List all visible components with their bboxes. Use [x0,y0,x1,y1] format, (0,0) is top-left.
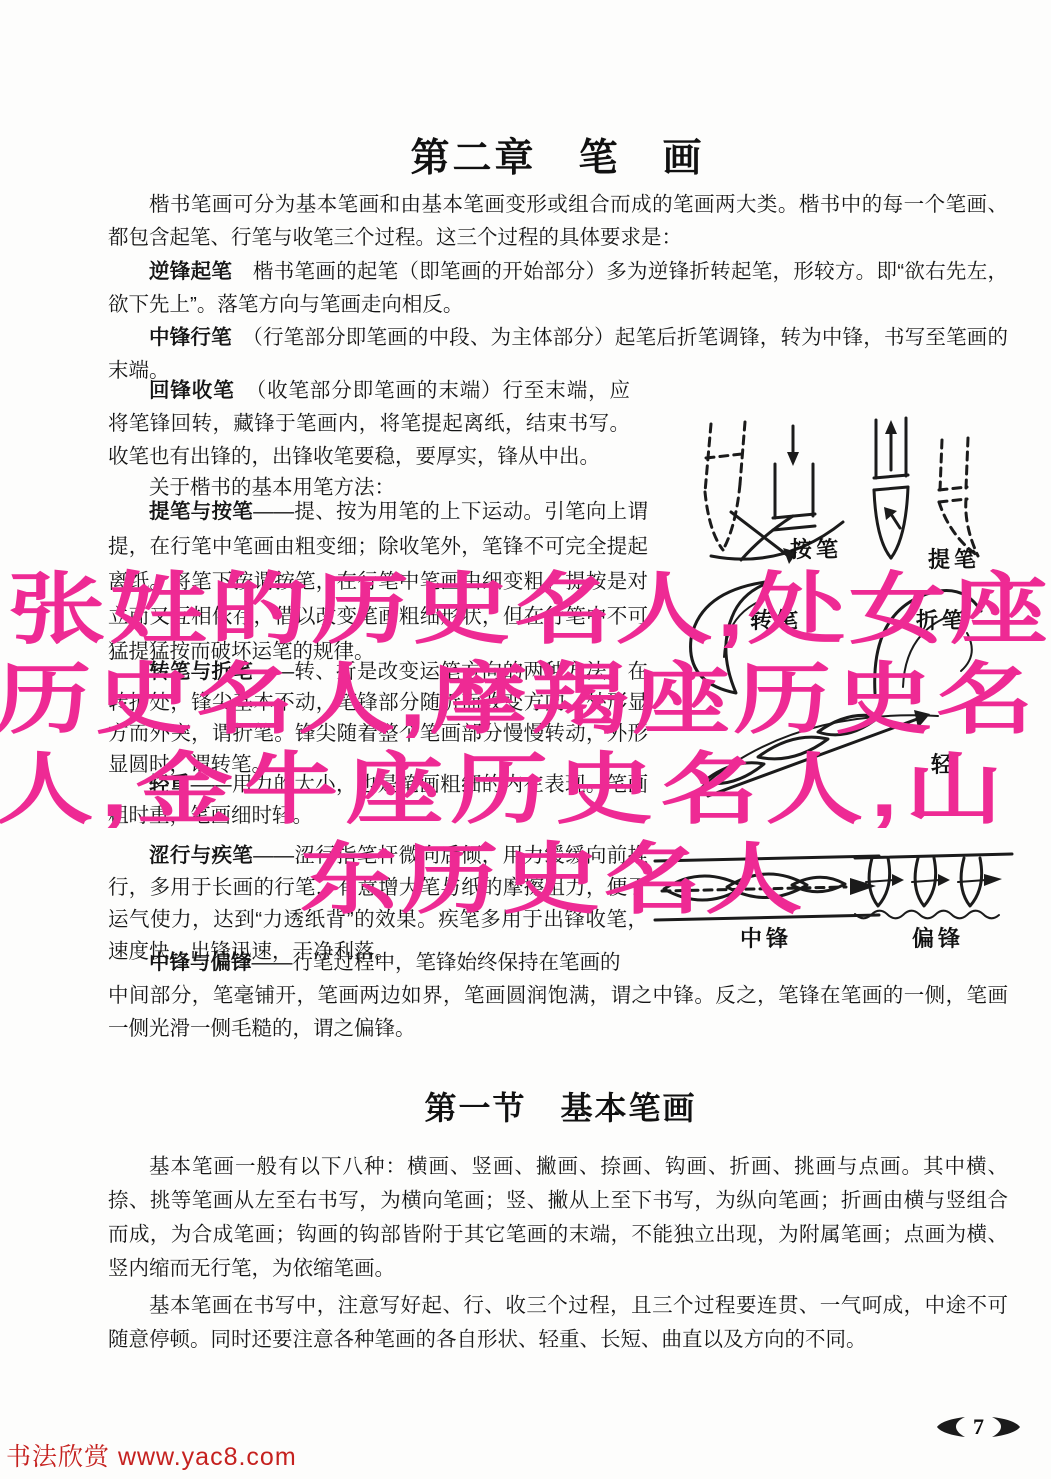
paragraph-writing-advice: 基本笔画在书写中，注意写好起、行、收三个过程，且三个过程要连贯、一气呵成，中途不… [108,1289,1008,1357]
paragraph-text: 基本笔画在书写中，注意写好起、行、收三个过程，且三个过程要连贯、一气呵成，中途不… [108,1294,1008,1351]
paragraph-lead: 逆锋起笔 [149,260,232,283]
paragraph-intro: 楷书笔画可分为基本笔画和由基本笔画变形或组合而成的笔画两大类。楷书中的每一个笔画… [108,188,1008,254]
paragraph-huifeng-shoubi: 回锋收笔 （收笔部分即笔画的末端）行至末端，应将笔锋回转，藏锋于笔画内，将笔提起… [108,374,630,473]
paragraph-text: 中间部分，笔毫铺开，笔画两边如界，笔画圆润饱满，谓之中锋。反之，笔锋在笔画的一侧… [108,984,1008,1040]
paragraph-nifeng-qibi: 逆锋起笔 楷书笔画的起笔（即笔画的开始部分）多为逆锋折转起笔，形较方。即“欲右先… [108,255,1008,321]
page-number-left-ornament-icon [936,1414,966,1440]
paragraph-eight-strokes: 基本笔画一般有以下八种：横画、竖画、撇画、捺画、钩画、折画、挑画与点画。其中横、… [108,1150,1008,1286]
watermark-overlay-line-4: 东历史名人 [300,840,806,918]
paragraph-lead: 回锋收笔 [149,379,235,402]
paragraph-text: ——行笔过程中，笔锋始终保持在笔画的 [252,951,621,974]
paragraph-zhongfeng-pianfeng-line1: 中锋与偏锋——行笔过程中，笔锋始终保持在笔画的 [108,946,648,979]
paragraph-lead: 中锋与偏锋 [149,951,252,974]
paragraph-lead: 提笔与按笔 [149,500,253,523]
side-tip-drawing [852,848,1017,932]
press-brush-label: 按笔 [790,533,842,564]
chapter-title: 第二章 笔 画 [0,127,1051,183]
center-tip-label: 中锋 [740,922,792,953]
site-watermark: 书法欣赏 www.yac8.com [6,1437,297,1473]
watermark-overlay-line-1: 张姓的历史名人,处女座 [8,570,1051,648]
page-number-right-ornament-icon [991,1414,1021,1440]
page-number: 7 [973,1414,984,1440]
section-title: 第一节 基本笔画 [0,1083,1051,1129]
paragraph-text: 楷书笔画可分为基本笔画和由基本笔画变形或组合而成的笔画两大类。楷书中的每一个笔画… [108,193,1008,249]
paragraph-lead: 中锋行笔 [149,326,232,349]
watermark-overlay-line-3: 人,金牛座历史名人,山 [0,750,1010,828]
paragraph-text: 基本笔画一般有以下八种：横画、竖画、撇画、捺画、钩画、折画、挑画与点画。其中横、… [108,1155,1008,1280]
paragraph-text: 楷书笔画的起笔（即笔画的开始部分）多为逆锋折转起笔，形较方。即“欲右先左，欲下先… [108,260,1008,316]
side-tip-diagram [852,848,1017,932]
paragraph-lead: 涩行与疾笔 [149,844,253,867]
page-number-block: 7 [936,1414,1021,1440]
paragraph-zhongfeng-pianfeng-rest: 中间部分，笔毫铺开，笔画两边如界，笔画圆润饱满，谓之中锋。反之，笔锋在笔画的一侧… [108,979,1008,1045]
watermark-overlay-line-2: 历史名人,摩羯座历史名 [0,660,1037,738]
side-tip-label: 偏锋 [912,922,964,953]
scanned-book-page: 第二章 笔 画 第一节 基本笔画 楷书笔画可分为基本笔画和由基本笔画变形或组合而… [0,0,1051,1479]
